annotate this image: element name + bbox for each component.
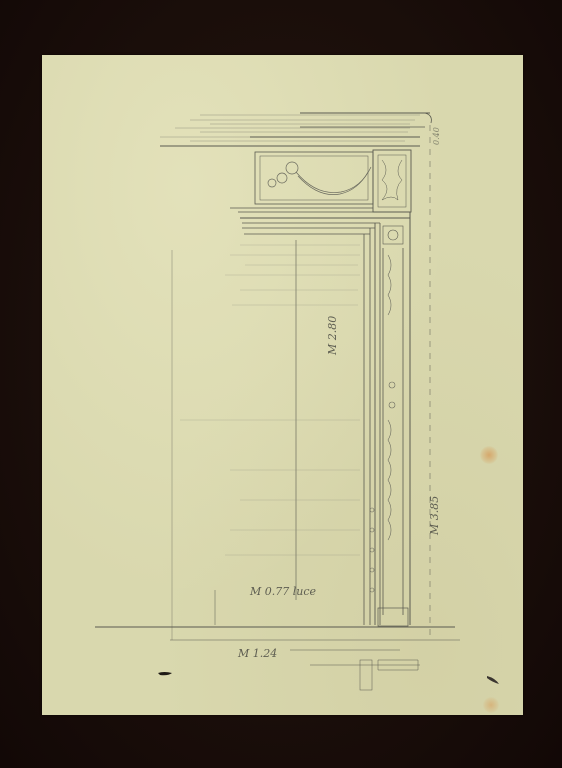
ink-mark-right [487, 676, 499, 684]
annotation-outer-height: M 3.85 [428, 496, 441, 535]
opening-hatching [180, 245, 360, 555]
ink-mark-left [158, 672, 172, 675]
garland-ornament [268, 162, 371, 195]
annotation-bottom-width: M 1.24 [238, 647, 277, 660]
cornice-hatching [160, 115, 420, 146]
annotation-opening-label: M 0.77 luce [250, 585, 316, 598]
architectural-drawing [0, 0, 562, 768]
annotation-top-mark: 0.40 [432, 127, 441, 145]
pilaster-ornament [370, 255, 395, 592]
annotation-inner-height: M 2.80 [326, 316, 339, 355]
